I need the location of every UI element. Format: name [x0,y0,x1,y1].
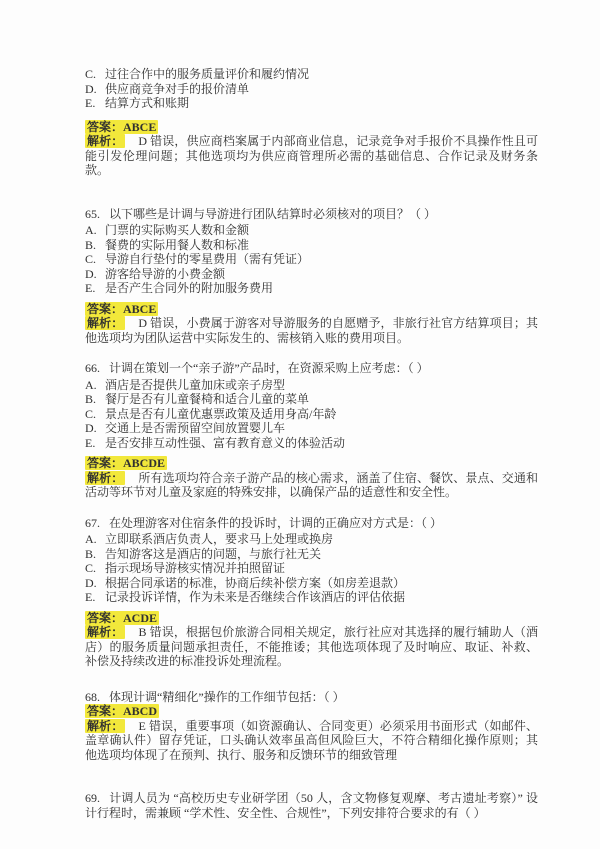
option-letter: D. [85,421,105,436]
question-title: 67.在处理游客对住宿条件的投诉时，计调的正确应对方式是：（ ） [85,516,538,531]
answer-value: ABCDE [123,456,165,470]
answer-label: 答案： [87,120,123,134]
option-row: E. 是否安排互动性强、富有教育意义的体验活动 [85,436,538,451]
answer-row: 答案：ABCE [85,302,538,317]
answer-value: ABCD [123,704,157,718]
option-text: 记录投诉详情，作为未来是否继续合作该酒店的评估依据 [105,590,538,605]
question-title-text: 在处理游客对住宿条件的投诉时，计调的正确应对方式是：（ ） [109,516,442,530]
option-text: 餐费的实际用餐人数和标准 [105,238,538,253]
option-text: 是否安排互动性强、富有教育意义的体验活动 [105,436,538,451]
question-title: 69.计调人员为 “高校历史专业研学团（50 人，含文物修复观摩、考古遗址考察）… [85,791,538,820]
analysis-text: 所有选项均符合亲子游产品的核心需求，涵盖了住宿、餐饮、景点、交通和活动等环节对儿… [85,471,538,500]
option-text: 游客给导游的小费金额 [105,267,538,282]
option-row: C. 导游自行垫付的零星费用（需有凭证） [85,252,538,267]
answer-label: 答案： [87,302,123,316]
option-row: B. 餐厅是否有儿童餐椅和适合儿童的菜单 [85,392,538,407]
option-letter: C. [85,561,105,576]
answer-value: ACDE [123,611,157,625]
option-text: 立即联系酒店负责人，要求马上处理或换房 [105,532,538,547]
answer-highlight: 答案：ABCD [85,704,159,718]
option-row: A. 酒店是否提供儿童加床或亲子房型 [85,378,538,393]
question-64-fragment: C. 过往合作中的服务质量评价和履约情况 D. 供应商竞争对手的报价清单 E. … [85,67,538,178]
option-letter: D. [85,576,105,591]
exam-document-page: C. 过往合作中的服务质量评价和履约情况 D. 供应商竞争对手的报价清单 E. … [0,0,600,849]
answer-highlight: 答案：ABCE [85,302,158,316]
analysis-text: D 错误，供应商档案属于内部商业信息，记录竞争对手报价不具操作性且可能引发伦理问… [85,134,538,177]
option-row: E. 结算方式和账期 [85,96,538,111]
question-65: 65.以下哪些是计调与导游进行团队结算时必须核对的项目？（ ） A. 门票的实际… [85,207,538,346]
option-letter: C. [85,252,105,267]
option-text: 结算方式和账期 [105,96,538,111]
option-letter: A. [85,223,105,238]
option-text: 交通上是否需预留空间放置婴儿车 [105,421,538,436]
option-row: C. 景点是否有儿童优惠票政策及适用身高/年龄 [85,407,538,422]
analysis-label: 解析： [85,471,125,485]
option-text: 餐厅是否有儿童餐椅和适合儿童的菜单 [105,392,538,407]
option-row: C. 过往合作中的服务质量评价和履约情况 [85,67,538,82]
question-68: 68.体现计调“精细化”操作的工作细节包括：（ ） 答案：ABCD 解析：E 错… [85,690,538,763]
analysis-paragraph: 解析：B 错误，根据包价旅游合同相关规定，旅行社应对其选择的履行辅助人（酒店）的… [85,625,538,669]
question-title-text: 以下哪些是计调与导游进行团队结算时必须核对的项目？（ ） [109,207,436,221]
option-letter: E. [85,281,105,296]
question-title-text: 体现计调“精细化”操作的工作细节包括：（ ） [109,690,345,704]
question-title: 68.体现计调“精细化”操作的工作细节包括：（ ） [85,690,538,705]
question-66: 66.计调在策划一个“亲子游”产品时，在资源采购上应考虑：（ ） A. 酒店是否… [85,361,538,500]
option-list: C. 过往合作中的服务质量评价和履约情况 D. 供应商竞争对手的报价清单 E. … [85,67,538,111]
option-letter: A. [85,378,105,393]
option-letter: A. [85,532,105,547]
option-row: D. 游客给导游的小费金额 [85,267,538,282]
answer-label: 答案： [87,611,123,625]
question-title: 65.以下哪些是计调与导游进行团队结算时必须核对的项目？（ ） [85,207,538,222]
option-row: D. 根据合同承诺的标准，协商后续补偿方案（如房差退款） [85,576,538,591]
option-row: A. 立即联系酒店负责人，要求马上处理或换房 [85,532,538,547]
analysis-label: 解析： [85,316,125,330]
question-67: 67.在处理游客对住宿条件的投诉时，计调的正确应对方式是：（ ） A. 立即联系… [85,516,538,669]
answer-value: ABCE [123,120,156,134]
question-title-text: 计调人员为 “高校历史专业研学团（50 人，含文物修复观摩、考古遗址考察）” 设… [85,791,538,820]
option-letter: C. [85,67,105,82]
option-text: 导游自行垫付的零星费用（需有凭证） [105,252,538,267]
analysis-text: B 错误，根据包价旅游合同相关规定，旅行社应对其选择的履行辅助人（酒店）的服务质… [85,625,538,668]
option-letter: D. [85,82,105,97]
option-list: A. 门票的实际购买人数和金额 B. 餐费的实际用餐人数和标准 C. 导游自行垫… [85,223,538,296]
option-text: 告知游客这是酒店的问题，与旅行社无关 [105,547,538,562]
answer-highlight: 答案：ACDE [85,611,159,625]
question-number: 65. [85,207,100,221]
answer-row: 答案：ABCDE [85,456,538,471]
option-text: 过往合作中的服务质量评价和履约情况 [105,67,538,82]
option-letter: D. [85,267,105,282]
analysis-label: 解析： [85,134,125,148]
analysis-label: 解析： [85,719,125,733]
question-number: 68. [85,690,100,704]
answer-label: 答案： [87,456,123,470]
answer-label: 答案： [87,704,123,718]
question-title: 66.计调在策划一个“亲子游”产品时，在资源采购上应考虑：（ ） [85,361,538,376]
option-row: E. 是否产生合同外的附加服务费用 [85,281,538,296]
option-letter: E. [85,590,105,605]
option-text: 景点是否有儿童优惠票政策及适用身高/年龄 [105,407,538,422]
option-letter: E. [85,436,105,451]
analysis-label: 解析： [85,625,125,639]
option-letter: B. [85,238,105,253]
question-number: 69. [85,791,100,805]
answer-highlight: 答案：ABCDE [85,456,167,470]
option-row: B. 餐费的实际用餐人数和标准 [85,238,538,253]
option-text: 指示现场导游核实情况并拍照留证 [105,561,538,576]
option-row: D. 供应商竞争对手的报价清单 [85,82,538,97]
option-letter: E. [85,96,105,111]
option-text: 是否产生合同外的附加服务费用 [105,281,538,296]
answer-value: ABCE [123,302,156,316]
answer-row: 答案：ACDE [85,611,538,626]
analysis-paragraph: 解析：E 错误，重要事项（如资源确认、合同变更）必须采用书面形式（如邮件、盖章确… [85,719,538,763]
option-letter: B. [85,392,105,407]
answer-row: 答案：ABCE [85,120,538,135]
option-letter: B. [85,547,105,562]
answer-highlight: 答案：ABCE [85,120,158,134]
option-letter: C. [85,407,105,422]
analysis-text: D 错误，小费属于游客对导游服务的自愿赠予，非旅行社官方结算项目；其他选项均为团… [85,316,538,345]
option-text: 门票的实际购买人数和金额 [105,223,538,238]
option-row: E. 记录投诉详情，作为未来是否继续合作该酒店的评估依据 [85,590,538,605]
option-row: B. 告知游客这是酒店的问题，与旅行社无关 [85,547,538,562]
option-text: 根据合同承诺的标准，协商后续补偿方案（如房差退款） [105,576,538,591]
question-title-text: 计调在策划一个“亲子游”产品时，在资源采购上应考虑：（ ） [109,361,429,375]
analysis-paragraph: 解析：D 错误，供应商档案属于内部商业信息，记录竞争对手报价不具操作性且可能引发… [85,134,538,178]
question-number: 67. [85,516,100,530]
option-text: 供应商竞争对手的报价清单 [105,82,538,97]
option-row: C. 指示现场导游核实情况并拍照留证 [85,561,538,576]
question-69: 69.计调人员为 “高校历史专业研学团（50 人，含文物修复观摩、考古遗址考察）… [85,791,538,820]
option-text: 酒店是否提供儿童加床或亲子房型 [105,378,538,393]
question-number: 66. [85,361,100,375]
option-row: D. 交通上是否需预留空间放置婴儿车 [85,421,538,436]
option-row: A. 门票的实际购买人数和金额 [85,223,538,238]
answer-row: 答案：ABCD [85,704,538,719]
option-list: A. 立即联系酒店负责人，要求马上处理或换房 B. 告知游客这是酒店的问题，与旅… [85,532,538,605]
analysis-text: E 错误，重要事项（如资源确认、合同变更）必须采用书面形式（如邮件、盖章确认件）… [85,719,538,762]
option-list: A. 酒店是否提供儿童加床或亲子房型 B. 餐厅是否有儿童餐椅和适合儿童的菜单 … [85,378,538,451]
analysis-paragraph: 解析：D 错误，小费属于游客对导游服务的自愿赠予，非旅行社官方结算项目；其他选项… [85,316,538,345]
analysis-paragraph: 解析：所有选项均符合亲子游产品的核心需求，涵盖了住宿、餐饮、景点、交通和活动等环… [85,471,538,500]
